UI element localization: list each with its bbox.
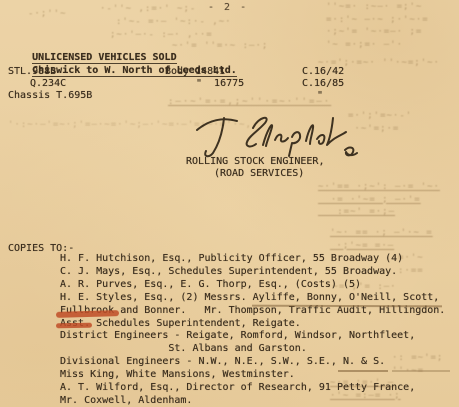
- ghost-bleedthrough-text: ''~=· :~—· =;'~ =·:'~ —·~ ;·'~·= ·;~'= '…: [326, 1, 429, 51]
- ditto-mark: ": [317, 90, 323, 102]
- body-number: Body 14841: [165, 66, 225, 78]
- reference-number: C.16/42: [302, 66, 344, 78]
- body-number: " 16775: [196, 78, 244, 90]
- recipient-line: District Engineers - Reigate, Romford, W…: [60, 330, 445, 343]
- recipient-line: Divisional Engineers - N.W., N.E., S.W.,…: [60, 356, 445, 369]
- faded-underline: [392, 370, 450, 372]
- ghost-bleedthrough-text: '~· == ·; —'·~ = ·;'~= =·—: [330, 227, 433, 252]
- copies-recipient-list: H. F. Hutchison, Esq., Publicity Officer…: [60, 253, 445, 407]
- ghost-bleedthrough-text: :'~- =·— '~:·- ,~·: [116, 16, 232, 29]
- ghost-bleedthrough-text: ~·'== ·;~': —·= '~· ·= ·'~= ; —·'= :=~' …: [318, 181, 440, 219]
- recipient-line: H. E. Styles, Esq., (2) Messrs. Ayliffe,…: [60, 292, 445, 305]
- fleet-number: STL.988B: [8, 66, 56, 78]
- page-number: - 2 -: [208, 2, 248, 14]
- recipient-line: H. F. Hutchison, Esq., Publicity Officer…: [60, 253, 445, 266]
- recipient-line: C. J. Mays, Esq., Schedules Superintende…: [60, 266, 445, 279]
- ghost-bleedthrough-text: ~·'= ''=·~ :—·;: [172, 40, 268, 53]
- orange-highlight-mark-asst: [56, 323, 92, 328]
- ghost-bleedthrough-text: :—·~'=·=,;~''·=~·''=—·: [168, 96, 331, 109]
- recipient-line: Mr. Coxwell, Aldenham.: [60, 395, 445, 407]
- signatory-department: (ROAD SERVICES): [214, 168, 304, 180]
- recipient-line: Asst. Schedules Superintendent, Reigate.: [60, 318, 445, 331]
- fleet-number: Q.234C: [30, 78, 66, 90]
- scanned-memo-page: -·;''~ ·-''~ ,:=·' ~;- :'~- =·— '~:·- ,~…: [0, 0, 459, 407]
- signatory-role: ROLLING STOCK ENGINEER,: [186, 156, 324, 168]
- recipient-line: A. T. Wilford, Esq., Director of Researc…: [60, 382, 445, 395]
- recipient-line: A. R. Purves, Esq., E. G. Thorp, Esq., (…: [60, 279, 445, 292]
- ghost-bleedthrough-text: -·;''~: [28, 8, 67, 21]
- chassis-number: Chassis T.695B: [8, 90, 92, 102]
- faded-underline: [338, 370, 388, 372]
- recipient-line: St. Albans and Garston.: [60, 343, 445, 356]
- reference-number: C.16/85: [302, 78, 344, 90]
- ghost-bleedthrough-text: ·-''~ ,:=·' ~;-: [100, 3, 196, 16]
